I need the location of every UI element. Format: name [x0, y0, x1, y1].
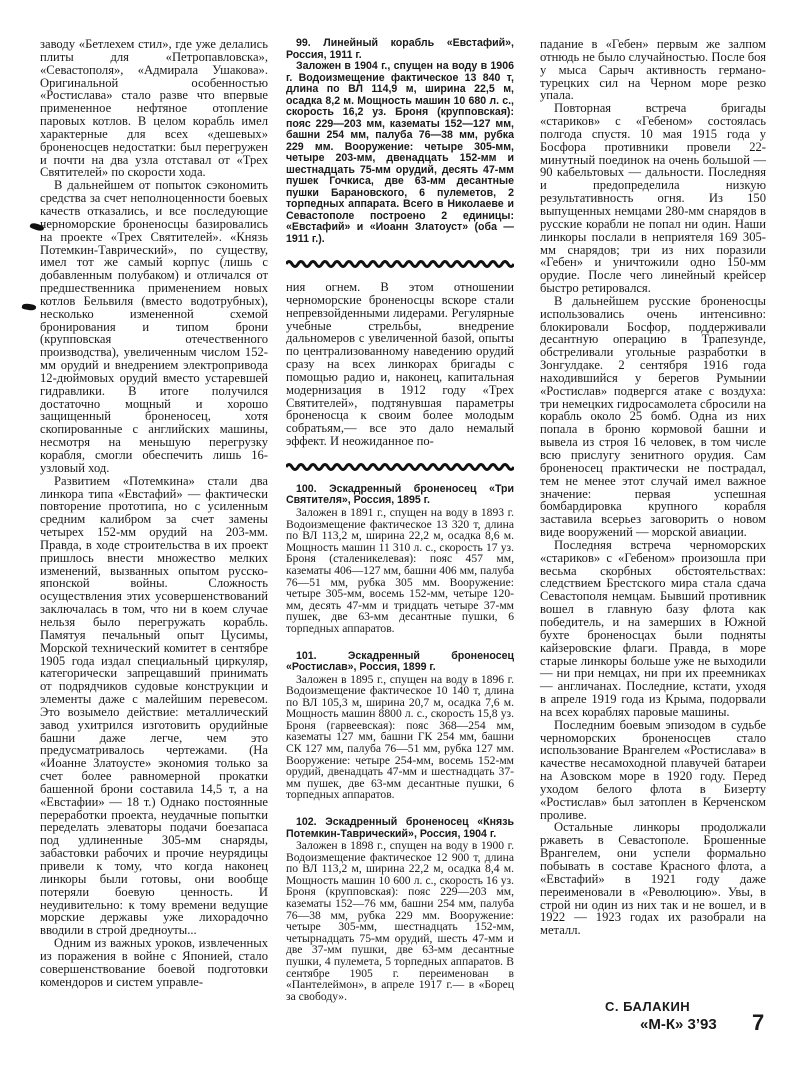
ship-caption-99: 99. Линейный корабль «Евстафий», Россия,…	[286, 38, 514, 245]
body-paragraph: Развитием «Потемкина» стали два линкора …	[40, 475, 268, 937]
body-paragraph: Повторная встреча бригады «стариков» с «…	[540, 102, 766, 295]
caption-title: 102. Эскадренный броненосец «Князь Потем…	[286, 817, 514, 840]
margin-mark	[22, 303, 37, 311]
caption-body: Заложен в 1891 г., спущен на воду в 1893…	[286, 507, 514, 635]
body-paragraph: Остальные линкоры продолжали ржаветь в С…	[540, 821, 766, 937]
body-paragraph: Одним из важных уроков, извлеченных из п…	[40, 937, 268, 988]
caption-title: 101. Эскадренный броненосец «Ростислав»,…	[286, 651, 514, 674]
wavy-divider	[286, 259, 514, 269]
page-number: 7	[752, 1010, 764, 1036]
body-paragraph: ния огнем. В этом отношении черноморские…	[286, 281, 514, 448]
ship-caption-101: 101. Эскадренный броненосец «Ростислав»,…	[286, 651, 514, 802]
body-paragraph: падание в «Гебен» первым же залпом отнюд…	[540, 38, 766, 102]
author-signature: С. БАЛАКИН	[605, 999, 690, 1014]
body-paragraph: В дальнейшем от попыток сэкономить средс…	[40, 179, 268, 474]
caption-body: Заложен в 1898 г., спущен на воду в 1900…	[286, 840, 514, 1002]
left-column: заводу «Бетлехем стил», где уже делались…	[40, 38, 268, 988]
caption-body: Заложен в 1904 г., спущен на воду в 1906…	[286, 61, 514, 245]
body-paragraph: Последняя встреча черноморских «стариков…	[540, 539, 766, 719]
right-column: падание в «Гебен» первым же залпом отнюд…	[540, 38, 766, 937]
ship-caption-100: 100. Эскадренный броненосец «Три Святите…	[286, 484, 514, 635]
publication-info: «М-К» 3’93	[640, 1016, 717, 1033]
caption-title: 99. Линейный корабль «Евстафий», Россия,…	[286, 38, 514, 61]
middle-column: 99. Линейный корабль «Евстафий», Россия,…	[286, 38, 514, 1002]
body-paragraph: В дальнейшем русские броненосцы использо…	[540, 295, 766, 539]
wavy-divider	[286, 462, 514, 472]
caption-title: 100. Эскадренный броненосец «Три Святите…	[286, 484, 514, 507]
caption-body: Заложен в 1895 г., спущен на воду в 1896…	[286, 674, 514, 802]
body-paragraph: Последним боевым эпизодом в судьбе черно…	[540, 719, 766, 822]
ship-caption-102: 102. Эскадренный броненосец «Князь Потем…	[286, 817, 514, 1002]
body-paragraph: заводу «Бетлехем стил», где уже делались…	[40, 38, 268, 179]
